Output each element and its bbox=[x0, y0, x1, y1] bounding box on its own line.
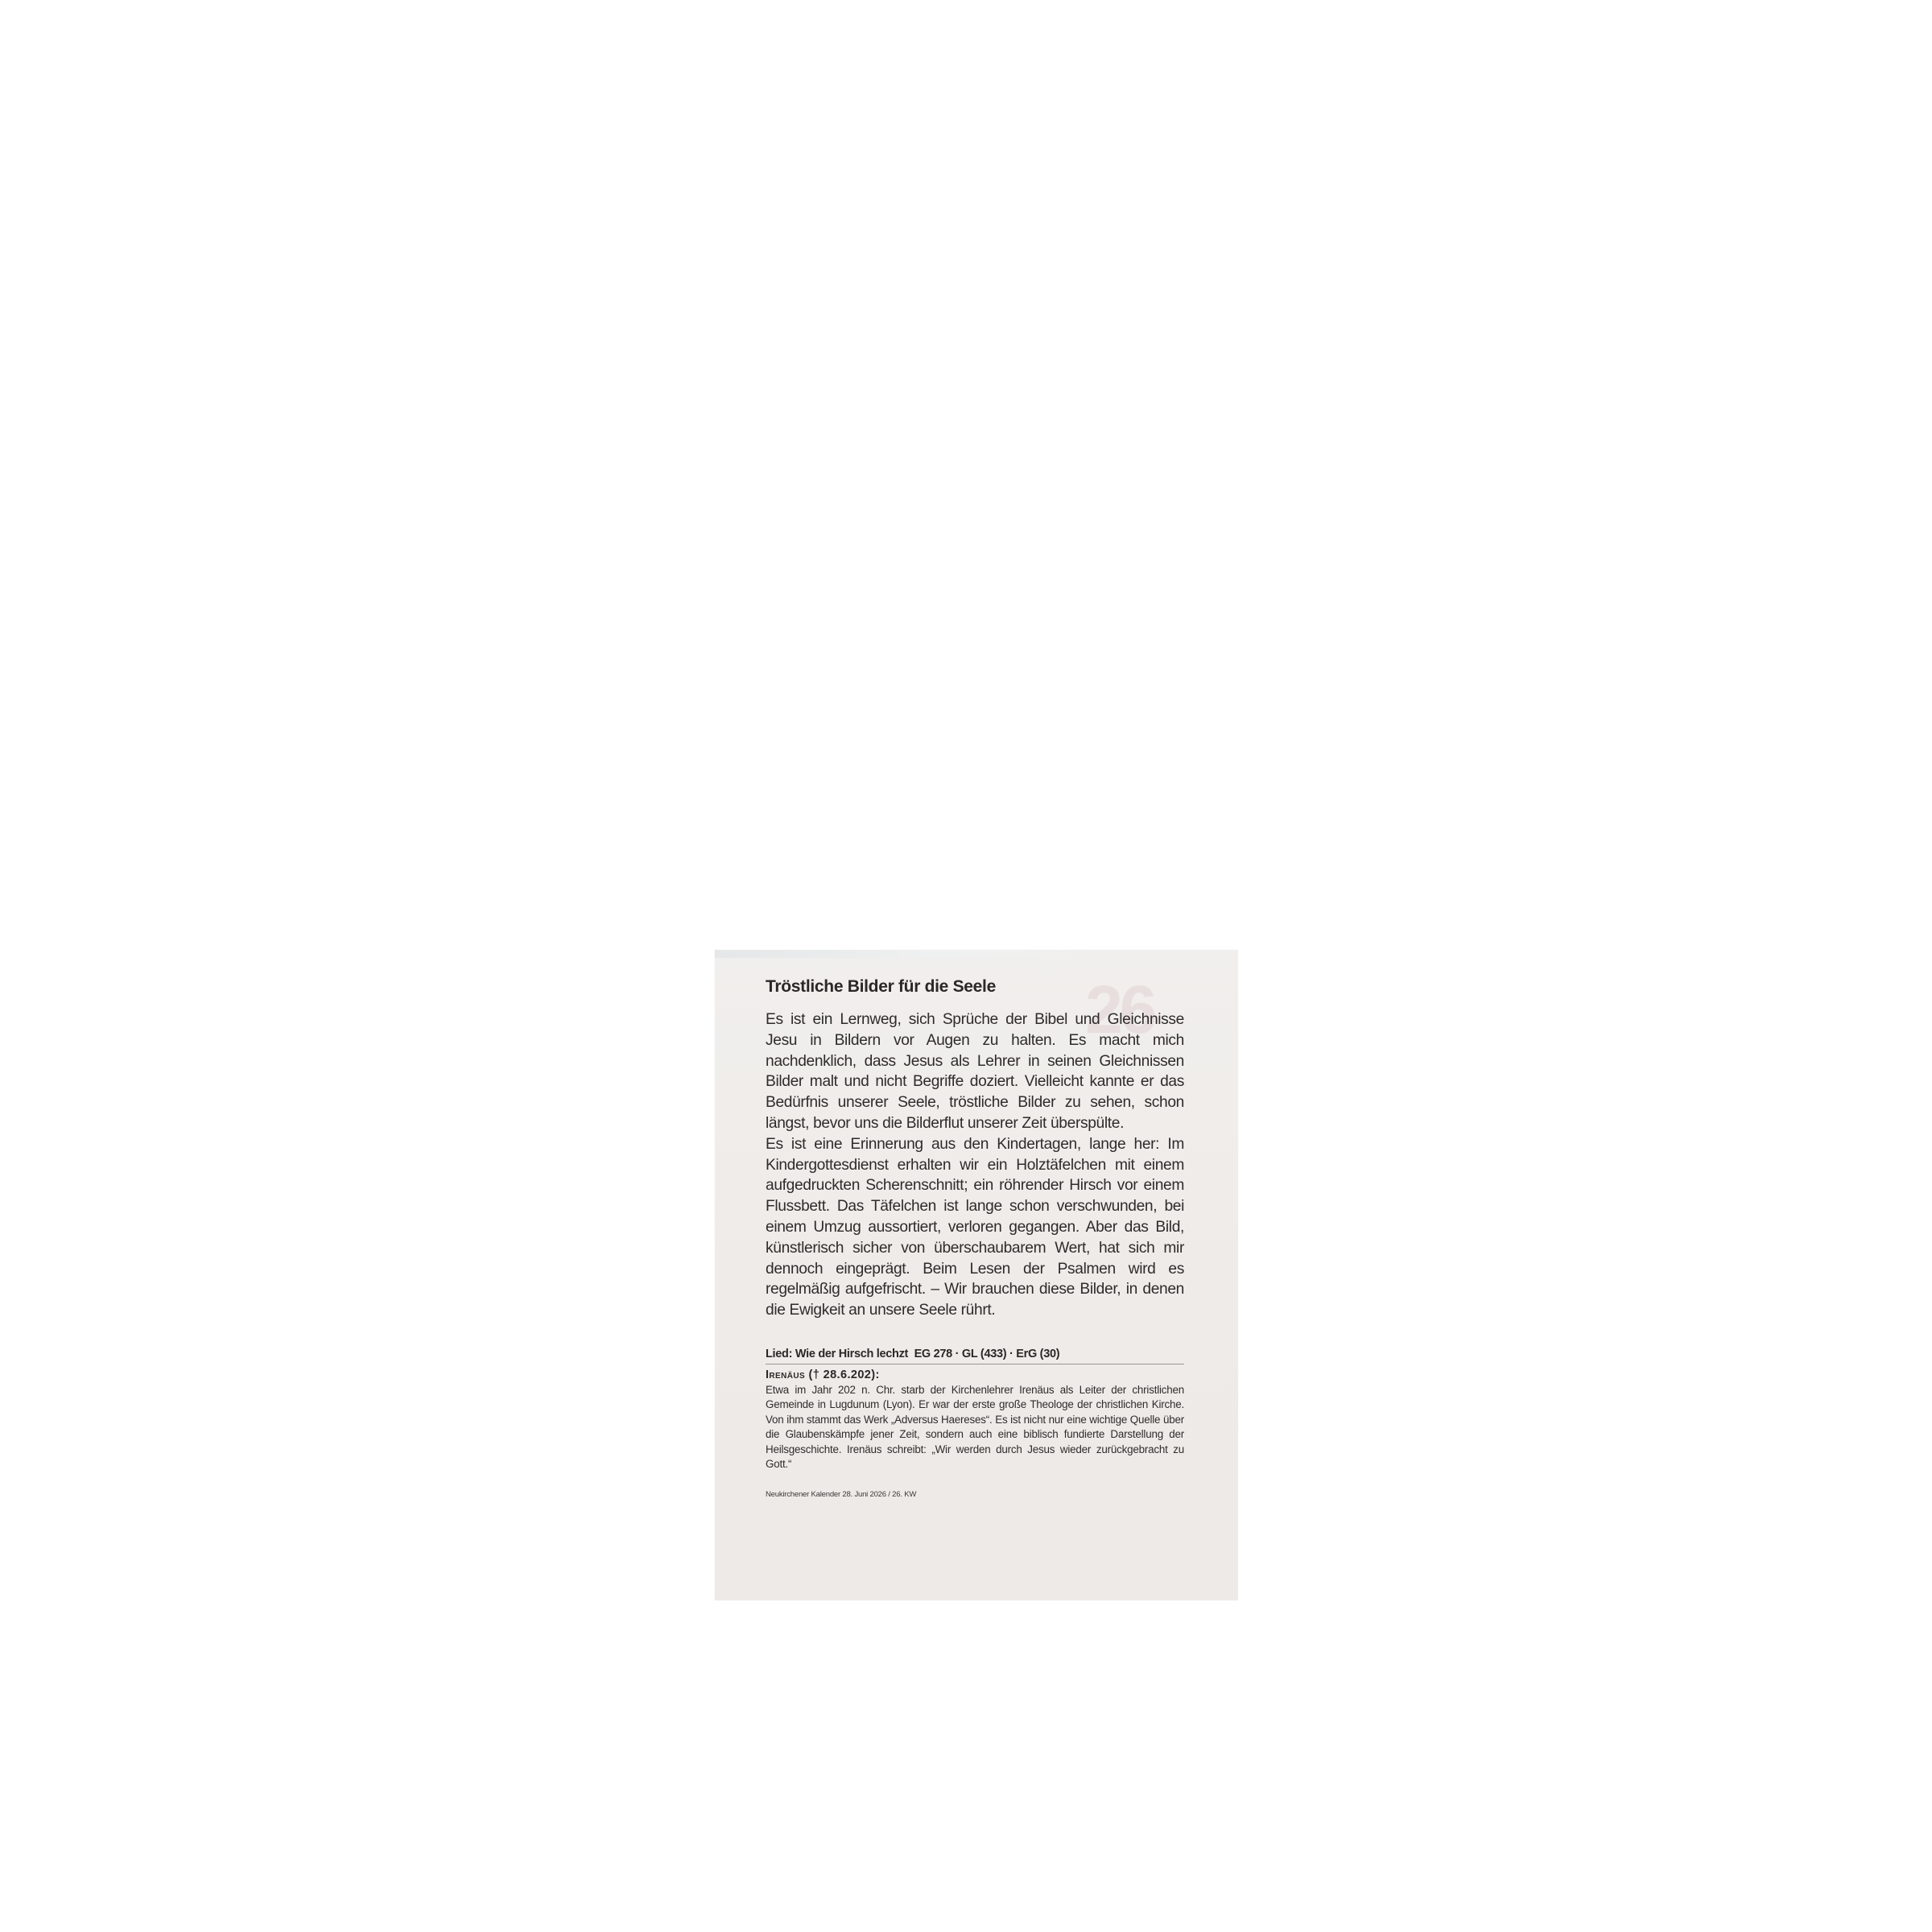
saint-dates: († 28.6.202): bbox=[809, 1368, 880, 1381]
saint-heading: Irenäus († 28.6.202): bbox=[766, 1368, 1184, 1381]
body-paragraph-1: Es ist ein Lernweg, sich Sprüche der Bib… bbox=[766, 1009, 1184, 1134]
page-content: Tröstliche Bilder für die Seele Es ist e… bbox=[766, 977, 1184, 1499]
page-top-edge bbox=[715, 950, 1238, 958]
photo-stage: 26 Tröstliche Bilder für die Seele Es is… bbox=[0, 0, 1932, 1932]
song-reference: Lied: Wie der Hirsch lechzt EG 278 · GL … bbox=[766, 1348, 1184, 1364]
song-hymnal-refs: EG 278 · GL (433) · ErG (30) bbox=[914, 1348, 1060, 1360]
page-footer: Neukirchener Kalender 28. Juni 2026 / 26… bbox=[766, 1490, 1184, 1499]
saint-description: Etwa im Jahr 202 n. Chr. starb der Kirch… bbox=[766, 1383, 1184, 1472]
saint-name: Irenäus bbox=[766, 1368, 805, 1381]
song-title: Lied: Wie der Hirsch lechzt bbox=[766, 1348, 908, 1360]
page-title: Tröstliche Bilder für die Seele bbox=[766, 977, 1184, 997]
calendar-page: 26 Tröstliche Bilder für die Seele Es is… bbox=[715, 950, 1238, 1600]
body-paragraph-2: Es ist eine Erinnerung aus den Kindertag… bbox=[766, 1134, 1184, 1321]
